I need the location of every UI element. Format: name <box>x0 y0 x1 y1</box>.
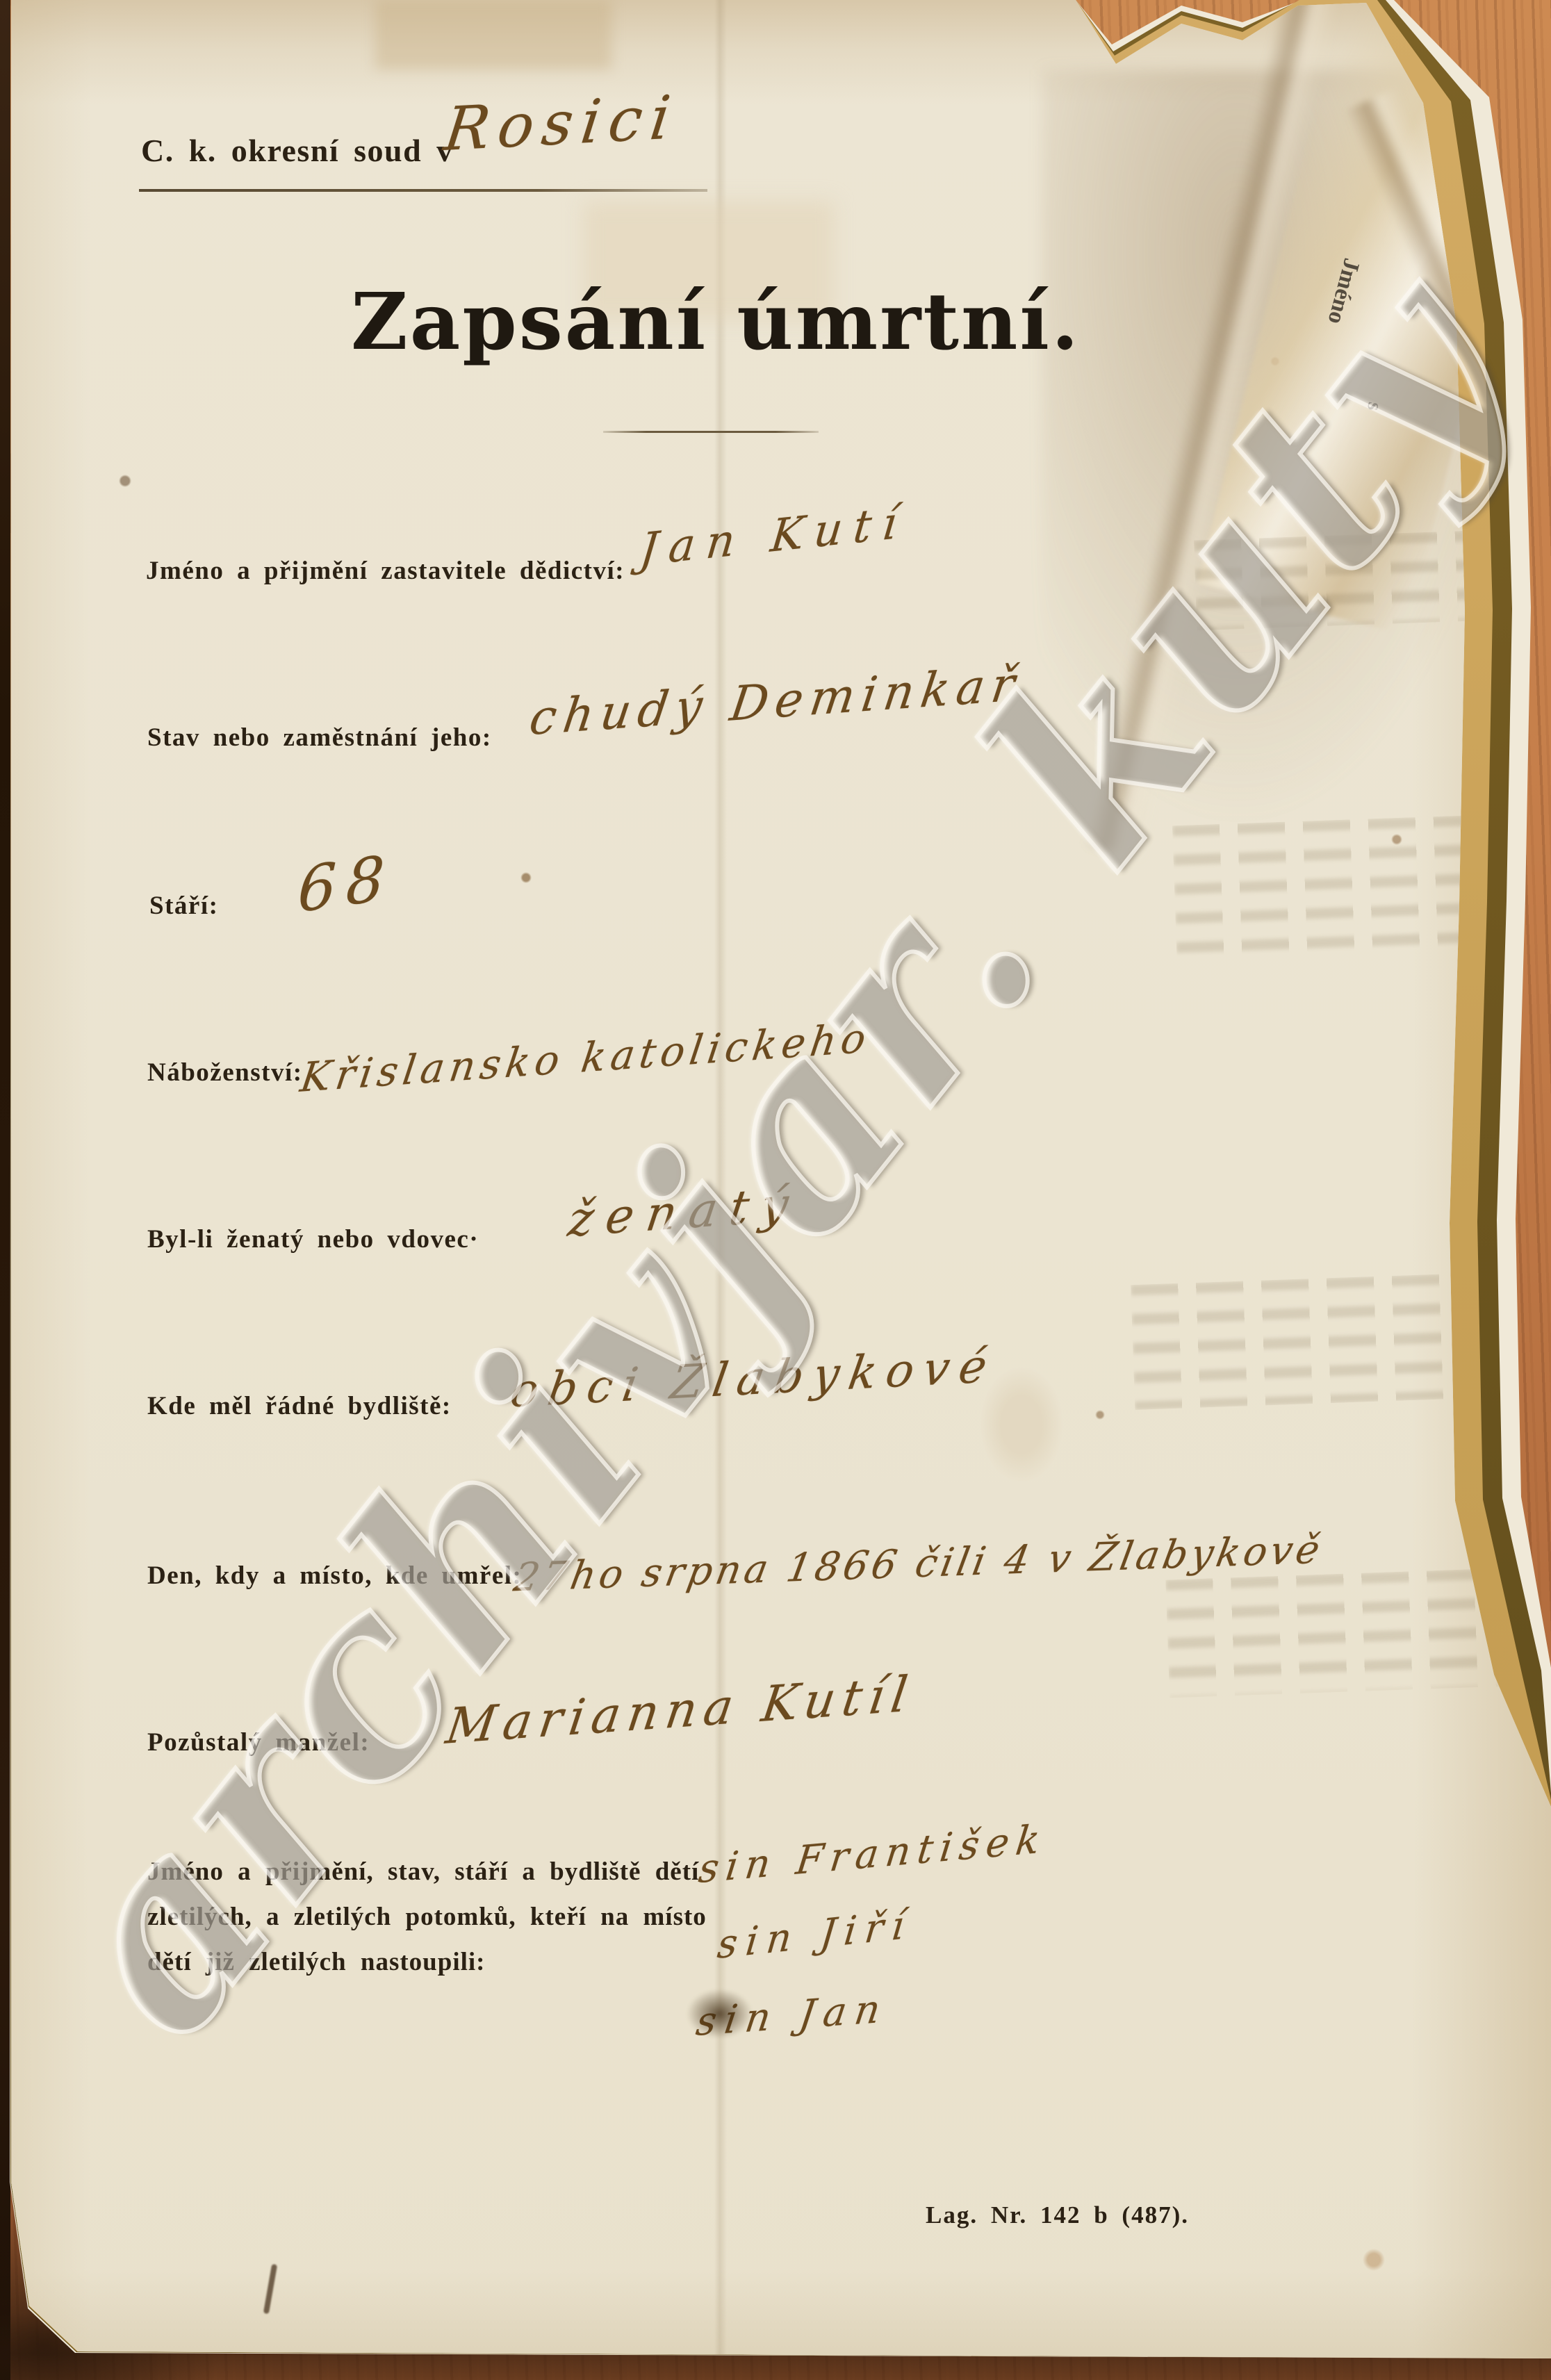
field-label-nabozenstvi: Náboženství: <box>147 1058 303 1088</box>
field-label-den-misto-umrti: Den, kdy a místo, kde umřel: <box>147 1561 522 1591</box>
field-value-den-misto-umrti: 27ho srpna 1866 čili 4 v Žlabykově <box>511 1527 1327 1600</box>
form-number-footer: Lag. Nr. 142 b (487). <box>926 2201 1189 2229</box>
field-label-zenaty-vdovec: Byl-li ženatý nebo vdovec· <box>147 1224 479 1254</box>
field-label-stari: Stáří: <box>149 891 218 921</box>
field-value-dite-1: sin František <box>696 1816 1049 1893</box>
document-title: Zapsání úmrtní. <box>299 277 1133 368</box>
document-content: C. k. okresní soud v Rosici Zapsání úmrt… <box>0 0 1551 2380</box>
field-value-nabozenstvi: Křislansko katolickeho <box>297 1014 873 1101</box>
field-value-zenaty-vdovec: ženatý <box>565 1176 805 1248</box>
field-label-pozustaly-manzel: Pozůstalý manžel: <box>147 1727 370 1757</box>
field-label-stav-zamestnani: Stav nebo zaměstnání jeho: <box>147 723 492 753</box>
field-value-radne-bydliste: obci Žlabykové <box>507 1338 1000 1418</box>
ink-blot <box>687 1989 753 2039</box>
court-underline <box>139 189 707 192</box>
field-label-radne-bydliste: Kde měl řádné bydliště: <box>147 1391 452 1421</box>
field-label-deti-zletile: Jméno a přijmění, stav, stáří a bydliště… <box>147 1850 717 1985</box>
field-value-dite-2: sin Jiří <box>715 1902 914 1969</box>
wood-table-background: { "page": { "watermark": "archivjar. kut… <box>0 0 1551 2380</box>
court-printed-label: C. k. okresní soud v <box>141 132 454 169</box>
title-rule <box>603 431 819 433</box>
court-handwritten-value: Rosici <box>441 83 682 165</box>
field-label-jmeno-zastavitele: Jméno a přijmění zastavitele dědictví: <box>146 556 625 586</box>
field-value-stav-zamestnani: chudý Deminkař <box>526 657 1025 746</box>
field-value-stari: 68 <box>297 840 395 926</box>
ink-stroke-mark <box>263 2264 277 2314</box>
field-value-pozustaly-manzel: Marianna Kutíl <box>443 1665 918 1755</box>
field-value-jmeno-zastavitele: Jan Kutí <box>637 496 910 577</box>
